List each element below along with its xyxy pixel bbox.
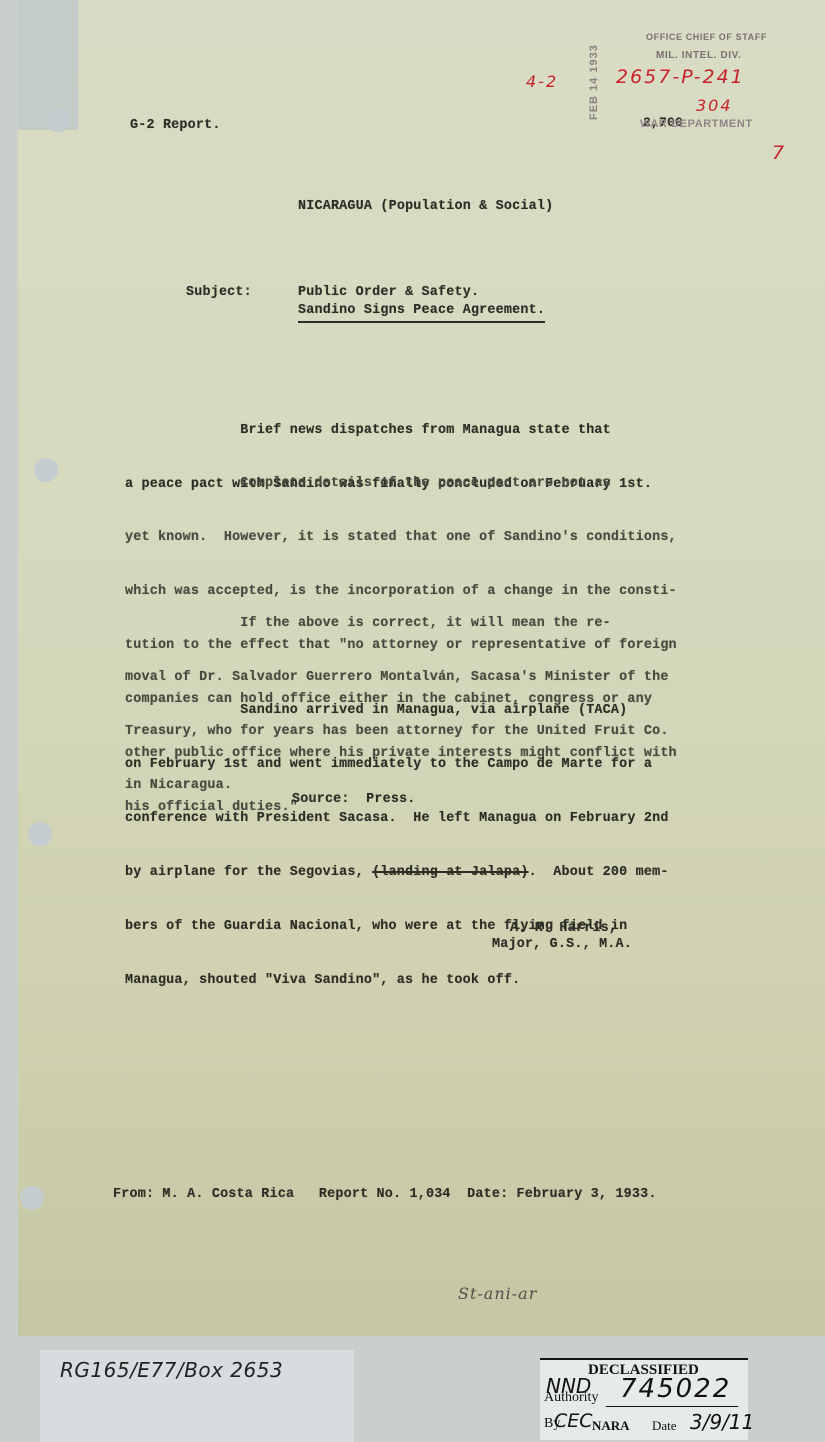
subject-label: Subject: <box>186 284 252 302</box>
paragraph-4: Sandino arrived in Managua, via airplane… <box>125 666 669 1026</box>
punch-hole <box>28 822 52 846</box>
paragraph-4-line-4: by airplane for the Segovias, (landing a… <box>125 864 669 882</box>
source-line: Source: Press. <box>292 791 416 809</box>
authority-underline <box>606 1406 738 1407</box>
signature-title: Major, G.S., M.A. <box>492 936 632 954</box>
handwritten-file-number: 2657-P-241 <box>616 66 745 88</box>
punch-hole <box>34 458 58 482</box>
received-date-stamp: FEB 14 1933 <box>588 44 600 120</box>
date-value: 3/9/11 <box>690 1410 754 1434</box>
handwritten-sub-number: 304 <box>696 96 733 115</box>
division-stamp: MIL. INTEL. DIV. <box>656 50 741 61</box>
country-heading: NICARAGUA (Population & Social) <box>298 198 553 216</box>
handwritten-file-prefix: 4-2 <box>526 72 558 91</box>
page-corner-fold <box>18 0 78 130</box>
authority-label: Authority <box>544 1390 598 1406</box>
handwritten-mark: 7 <box>772 142 786 164</box>
date-label: Date <box>652 1418 677 1434</box>
office-stamp: OFFICE CHIEF OF STAFF <box>646 32 767 42</box>
subject-line-2: Sandino Signs Peace Agreement. <box>298 302 545 323</box>
by-value: CEC <box>554 1410 593 1432</box>
archive-label-card: RG165/E77/Box 2653 <box>40 1350 354 1442</box>
struck-text: (landing at Jalapa) <box>372 865 528 880</box>
handwritten-initials: St-ani-ar <box>458 1284 537 1303</box>
subject-line-1: Public Order & Safety. <box>298 284 479 302</box>
archive-reference: RG165/E77/Box 2653 <box>60 1358 283 1382</box>
punch-hole <box>46 108 70 132</box>
declassified-stamp: DECLASSIFIED NND Authority 745022 By CEC… <box>540 1358 748 1440</box>
department-stamp: WAR DEPARTMENT <box>640 118 753 130</box>
report-footer: From: M. A. Costa Rica Report No. 1,034 … <box>113 1186 657 1204</box>
nara-label: NARA <box>592 1418 630 1434</box>
punch-hole <box>20 1186 44 1210</box>
report-type: G-2 Report. <box>130 117 221 135</box>
authority-value: 745022 <box>620 1374 731 1404</box>
document-page: OFFICE CHIEF OF STAFF MIL. INTEL. DIV. F… <box>18 0 825 1336</box>
